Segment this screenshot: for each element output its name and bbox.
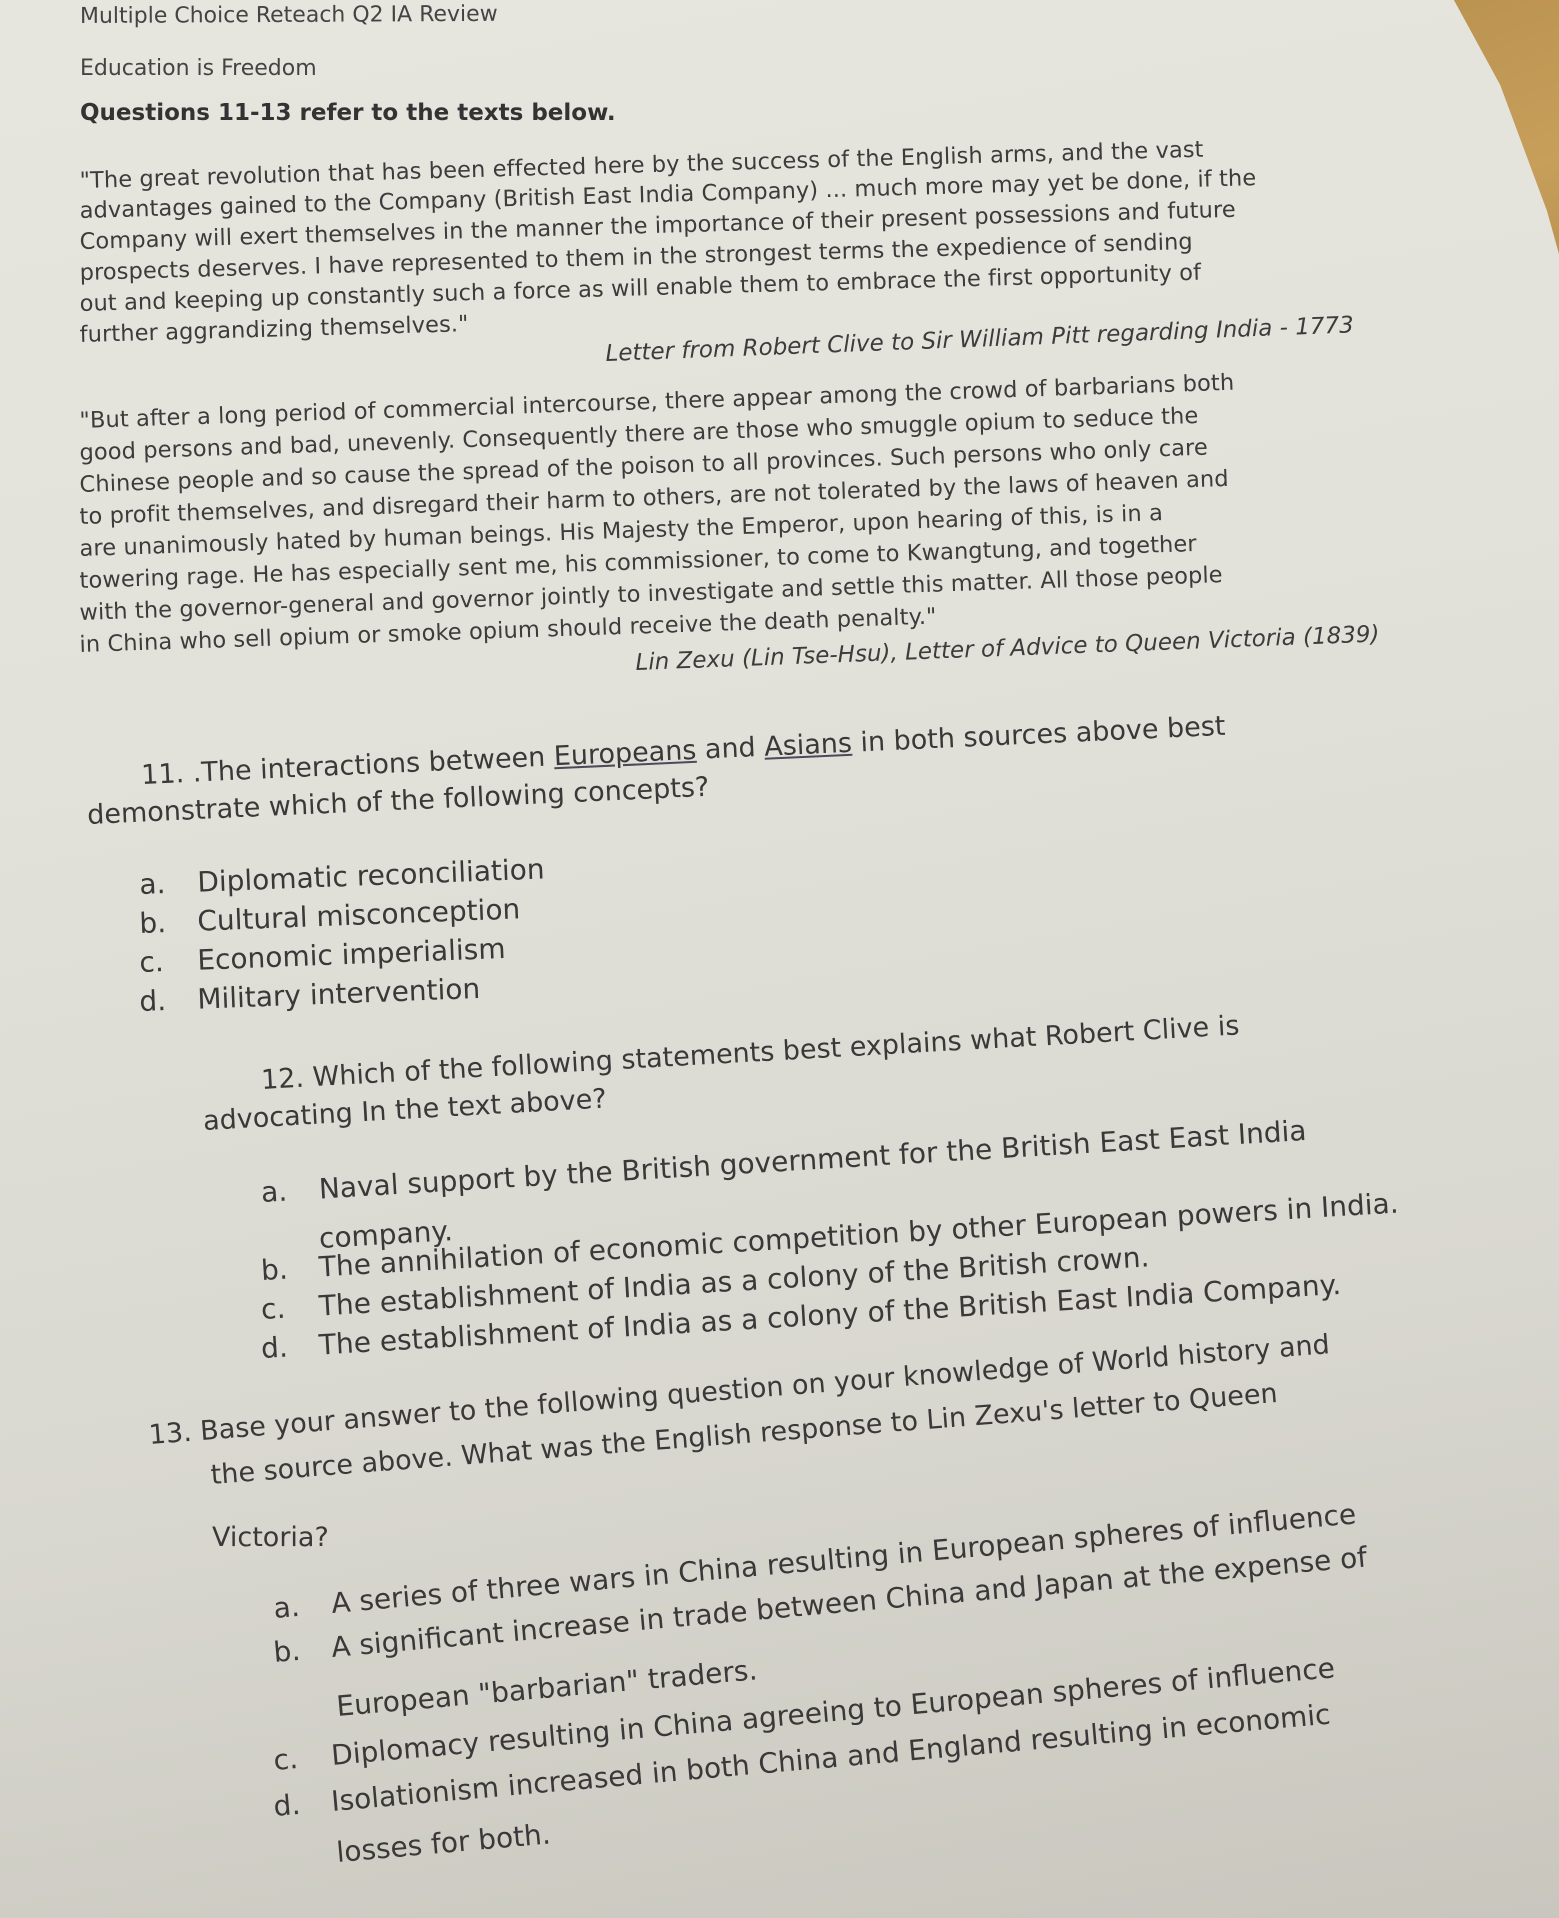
underlined-word: Europeans bbox=[553, 735, 697, 772]
source-line: further aggrandizing themselves." bbox=[79, 311, 469, 348]
option-label: b. bbox=[139, 905, 198, 940]
option-label: c. bbox=[272, 1739, 333, 1777]
desk-background bbox=[1339, 0, 1559, 400]
option-label: d. bbox=[139, 983, 198, 1018]
question-number: 13. bbox=[148, 1417, 193, 1451]
option-label: a. bbox=[139, 866, 198, 901]
question-number: 12. bbox=[260, 1063, 305, 1096]
option-label: d. bbox=[272, 1785, 333, 1823]
worksheet-title: Multiple Choice Reteach Q2 IA Review bbox=[80, 2, 498, 29]
answer-option-d[interactable]: d.Military intervention bbox=[139, 972, 481, 1018]
question-stem: 12. Which of the following statements be… bbox=[260, 1010, 1240, 1096]
answer-option-a[interactable]: a.Naval support by the British governmen… bbox=[260, 1114, 1307, 1209]
option-label: a. bbox=[272, 1587, 333, 1625]
option-label: b. bbox=[260, 1251, 320, 1287]
instructions: Questions 11-13 refer to the texts below… bbox=[80, 100, 616, 126]
option-label: d. bbox=[260, 1329, 320, 1365]
worksheet-subtitle: Education is Freedom bbox=[80, 56, 317, 81]
answer-option-d-continued: losses for both. bbox=[335, 1817, 552, 1869]
option-label: a. bbox=[260, 1173, 320, 1209]
question-number: 11. bbox=[141, 758, 185, 791]
option-label: c. bbox=[260, 1290, 320, 1326]
answer-option-c[interactable]: c.Economic imperialism bbox=[139, 932, 506, 979]
option-label: c. bbox=[139, 944, 198, 979]
worksheet-page: Multiple Choice Reteach Q2 IA Review Edu… bbox=[0, 0, 1559, 1918]
underlined-word: Asians bbox=[764, 728, 853, 763]
question-stem: Victoria? bbox=[212, 1522, 329, 1553]
source-citation: Letter from Robert Clive to Sir William … bbox=[605, 312, 1354, 367]
